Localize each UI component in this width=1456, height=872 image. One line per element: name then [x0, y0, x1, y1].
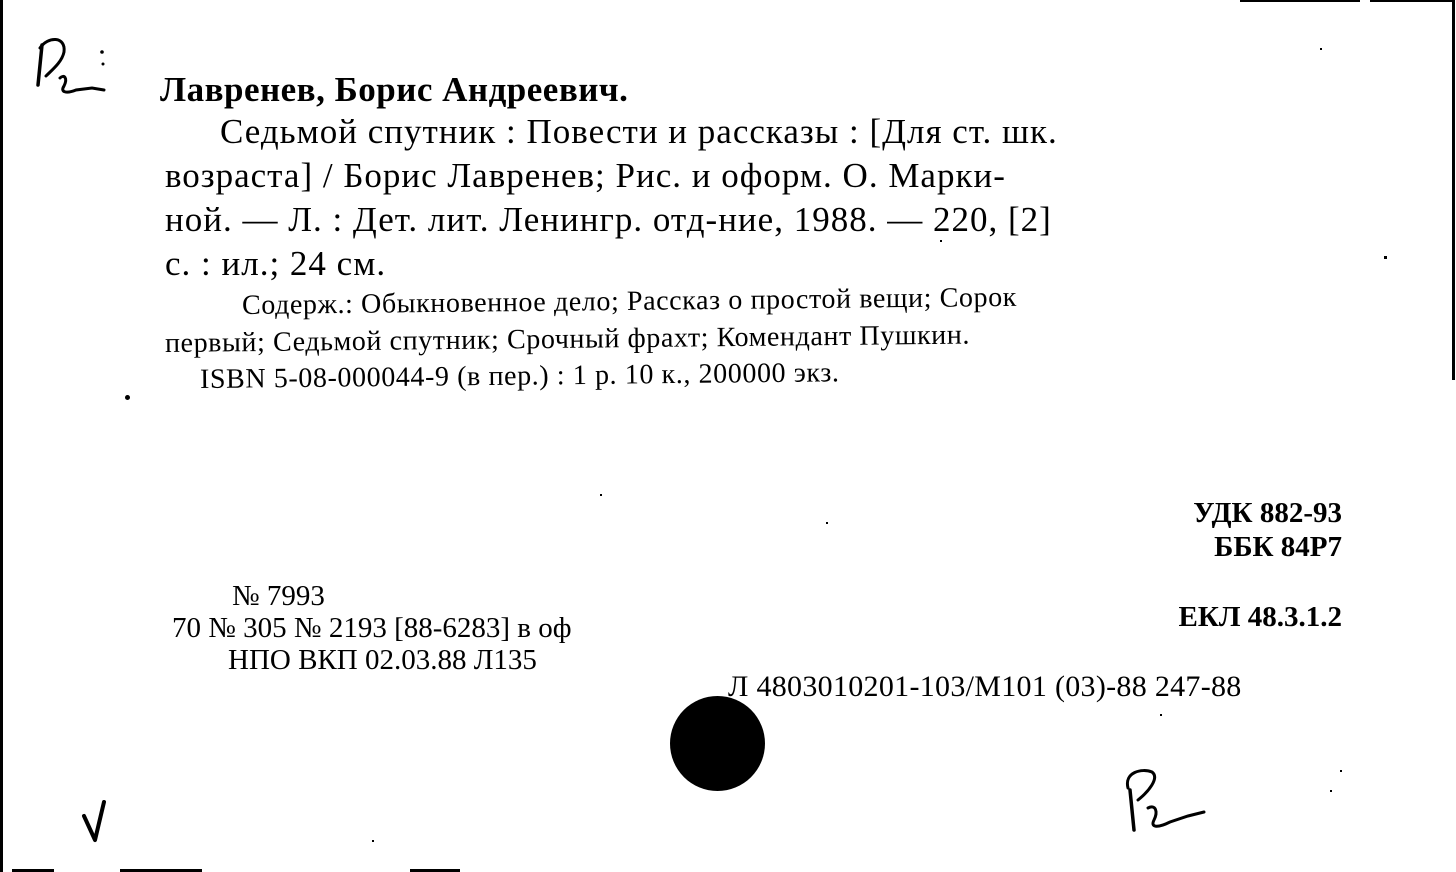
card-right-edge [1452, 0, 1455, 380]
author-heading: Лавренев, Борис Андреевич. [160, 70, 628, 110]
scan-speck [1340, 770, 1342, 772]
title-line-2: возраста] / Борис Лавренев; Рис. и оформ… [165, 156, 1006, 196]
card-left-edge [0, 0, 3, 872]
isbn-line: ISBN 5-08-000044-9 (в пер.) : 1 р. 10 к.… [200, 357, 840, 396]
scan-speck [125, 395, 130, 400]
card-top-rule [1370, 0, 1452, 2]
bbk-code: ББК 84Р7 [1214, 530, 1342, 564]
contents-line-1: Содерж.: Обыкновенное дело; Рассказ о пр… [242, 282, 1017, 322]
ekl-code: ЕКЛ 48.3.1.2 [1179, 600, 1342, 634]
order-number: № 7993 [232, 580, 325, 613]
title-line-3: ной. — Л. : Дет. лит. Ленингр. отд-ние, … [165, 200, 1052, 240]
scan-speck [600, 494, 602, 496]
title-line-1: Седьмой спутник : Повести и рассказы : [… [220, 112, 1058, 152]
scan-speck [1160, 714, 1162, 716]
handwritten-shelf-mark-bottom [1118, 762, 1218, 842]
title-line-4: с. : ил.; 24 см. [165, 244, 386, 284]
handwritten-shelf-mark-top [30, 30, 120, 105]
checkmark-icon [80, 798, 120, 848]
contents-line-2: первый; Седьмой спутник; Срочный фрахт; … [165, 320, 970, 360]
punch-hole [670, 696, 765, 791]
scan-speck [372, 840, 374, 842]
scan-speck [1320, 48, 1322, 50]
udk-code: УДК 882-93 [1193, 496, 1342, 530]
print-info-line-2: 70 № 305 № 2193 [88-6283] в оф [172, 612, 572, 645]
print-info-line-3: НПО ВКП 02.03.88 Л135 [228, 644, 537, 677]
card-top-rule [1240, 0, 1360, 2]
scan-speck [940, 240, 942, 242]
scan-speck [826, 522, 828, 524]
catalog-code: Л 4803010201-103/М101 (03)-88 247-88 [728, 670, 1242, 704]
scan-speck [1330, 790, 1332, 792]
scan-speck [1384, 256, 1387, 259]
